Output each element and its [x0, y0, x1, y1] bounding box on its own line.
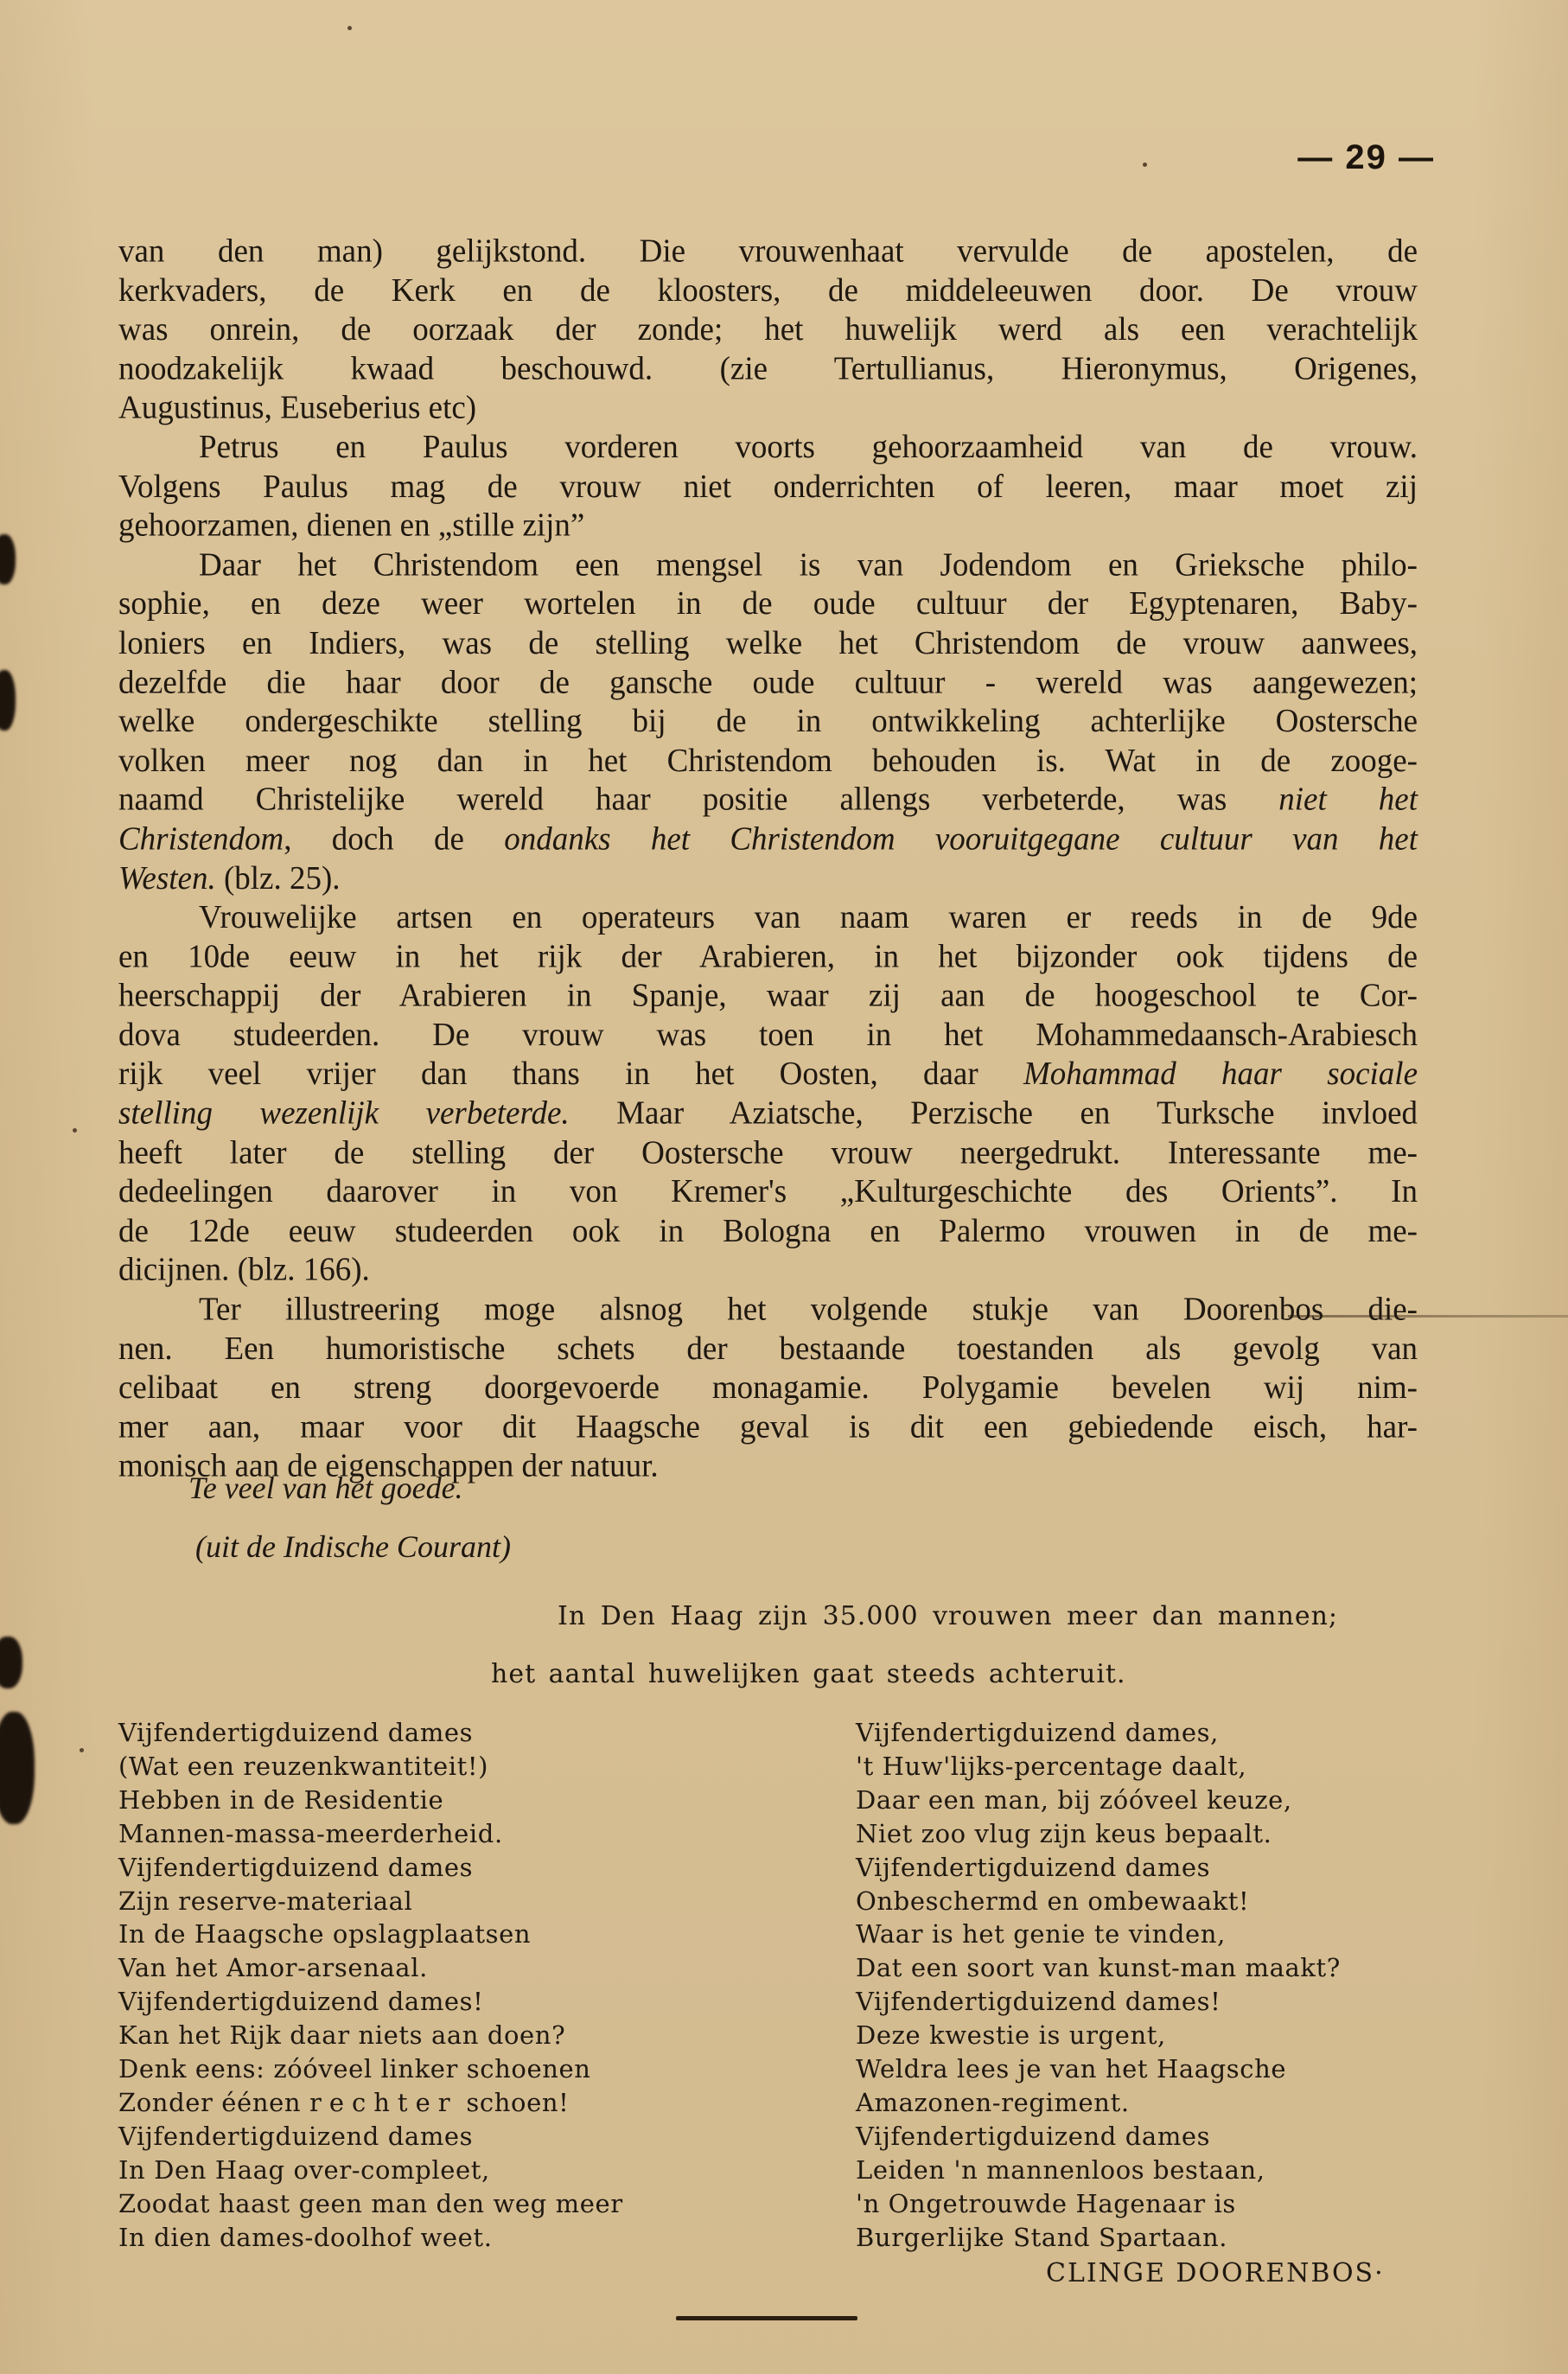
paragraph-2: Petrus en Paulus vorderen voorts gehoorz… — [118, 428, 1418, 546]
binding-hole-mark — [0, 1712, 35, 1824]
text-line: de 12de eeuw studeerden ook in Bologna e… — [118, 1211, 1418, 1250]
binding-hole-mark — [0, 534, 16, 584]
poem-epigraph-line: In Den Haag zijn 35.000 vrouwen meer dan… — [558, 1601, 1338, 1631]
text-run: rijk veel vrijer dan thans in het Oosten… — [118, 1056, 1023, 1093]
poem-verse: Vijfendertigduizend dames! — [856, 1985, 1461, 2019]
paragraph-3: Daar het Christendom een mengsel is van … — [118, 546, 1418, 898]
poem-verse: Vijfendertigduizend dames — [856, 1851, 1461, 1885]
text-line: was onrein, de oorzaak der zonde; het hu… — [118, 310, 1418, 349]
paper-speck — [73, 1128, 77, 1133]
italic-emphasis: Mohammad haar sociale — [1023, 1056, 1418, 1093]
poem-verse: Zijn reserve-materiaal — [118, 1885, 723, 1918]
text-line: heerschappij der Arabieren in Spanje, wa… — [118, 976, 1418, 1015]
poem-right-column: Vijfendertigduizend dames, 't Huw'lijks-… — [856, 1716, 1461, 2255]
text-line: Petrus en Paulus vorderen voorts gehoorz… — [118, 428, 1418, 467]
text-line: heeft later de stelling der Oostersche v… — [118, 1133, 1418, 1172]
poem-author-signature: CLINGE DOORENBOS· — [1046, 2258, 1385, 2288]
paper-speck — [1143, 163, 1147, 167]
text-line: Vrouwelijke artsen en operateurs van naa… — [118, 898, 1418, 937]
text-run: , doch de — [284, 820, 504, 858]
text-line: en 10de eeuw in het rijk der Arabieren, … — [118, 937, 1418, 976]
text-line: Augustinus, Euseberius etc) — [118, 388, 1418, 427]
poem-verse: Vijfendertigduizend dames — [118, 1716, 723, 1750]
paper-speck — [80, 1748, 84, 1752]
poem-verse: Vijfendertigduizend dames — [118, 1851, 723, 1885]
text-line: naamd Christelijke wereld haar positie a… — [118, 781, 1418, 820]
text-line: nen. Een humoristische schets der bestaa… — [118, 1329, 1418, 1368]
text-line: Daar het Christendom een mengsel is van … — [118, 546, 1418, 584]
text-line: van den man) gelijkstond. Die vrouwenhaa… — [118, 232, 1418, 271]
poem-epigraph-line: het aantal huwelijken gaat steeds achter… — [491, 1659, 1126, 1689]
poem-verse: 'n Ongetrouwde Hagenaar is — [856, 2187, 1461, 2221]
text-line: dedeelingen daarover in von Kremer's „Ku… — [118, 1172, 1418, 1211]
poem-title: Te veel van het goede. — [188, 1470, 463, 1506]
poem-verse: (Wat een reuzenkwantiteit!) — [118, 1750, 723, 1784]
italic-emphasis: niet het — [1278, 782, 1418, 819]
text-run: Maar Aziatsche, Perzische en Turksche in… — [570, 1094, 1418, 1132]
poem-verse: Weldra lees je van het Haagsche — [856, 2052, 1461, 2086]
text-line: dicijnen. (blz. 166). — [118, 1251, 1418, 1290]
text-line: dova studeerden. De vrouw was toen in he… — [118, 1016, 1418, 1055]
text-line: Ter illustreering moge alsnog het volgen… — [118, 1290, 1418, 1329]
paragraph-1: van den man) gelijkstond. Die vrouwenhaa… — [118, 232, 1418, 428]
poem-verse: Kan het Rijk daar niets aan doen? — [118, 2019, 723, 2052]
text-line: Christendom, doch de ondanks het Christe… — [118, 820, 1418, 858]
poem-verse: Vijfendertigduizend dames — [118, 2120, 723, 2154]
scanned-book-page: — 29 — van den man) gelijkstond. Die vro… — [0, 0, 1568, 2374]
poem-verse: Hebben in de Residentie — [118, 1784, 723, 1817]
paper-speck — [347, 26, 352, 30]
text-run: schoen! — [466, 2088, 569, 2117]
binding-hole-mark — [0, 1637, 22, 1688]
poem-left-column: Vijfendertigduizend dames (Wat een reuze… — [118, 1716, 723, 2255]
italic-emphasis: ondanks het Christendom vooruitgegane cu… — [504, 820, 1418, 858]
text-line: noodzakelijk kwaad beschouwd. (zie Tertu… — [118, 349, 1418, 388]
text-line: sophie, en deze weer wortelen in de oude… — [118, 584, 1418, 623]
poem-verse: In Den Haag over-compleet, — [118, 2154, 723, 2187]
text-line: volken meer nog dan in het Christendom b… — [118, 741, 1418, 780]
text-line: celibaat en streng doorgevoerde monagami… — [118, 1369, 1418, 1407]
text-line: Volgens Paulus mag de vrouw niet onderri… — [118, 467, 1418, 506]
text-line: gehoorzamen, dienen en „stille zijn” — [118, 506, 1418, 545]
poem-verse: Vijfendertigduizend dames — [856, 2120, 1461, 2154]
italic-emphasis: Westen. — [118, 859, 216, 897]
poem-verse: Dat een soort van kunst-man maakt? — [856, 1951, 1461, 1985]
body-text: van den man) gelijkstond. Die vrouwenhaa… — [118, 232, 1418, 1486]
poem-verse: Niet zoo vlug zijn keus bepaalt. — [856, 1817, 1461, 1851]
text-line: welke ondergeschikte stelling bij de in … — [118, 702, 1418, 741]
text-line: mer aan, maar voor dit Haagsche geval is… — [118, 1407, 1418, 1446]
poem-verse: Mannen-massa-meerderheid. — [118, 1817, 723, 1851]
poem-verse: Leiden 'n mannenloos bestaan, — [856, 2154, 1461, 2187]
poem-verse: Onbeschermd en ombewaakt! — [856, 1885, 1461, 1918]
italic-emphasis: Christendom — [118, 820, 284, 858]
text-line: Westen. (blz. 25). — [118, 858, 1418, 897]
poem-verse: Vijfendertigduizend dames, — [856, 1716, 1461, 1750]
poem-verse: In de Haagsche opslagplaatsen — [118, 1918, 723, 1951]
poem-verse: Waar is het genie te vinden, — [856, 1918, 1461, 1951]
text-run: Zonder éénen — [118, 2088, 301, 2117]
poem-verse: In dien dames-doolhof weet. — [118, 2221, 723, 2255]
poem-verse: Zonder éénen rechter schoen! — [118, 2086, 723, 2120]
text-line: dezelfde die haar door de gansche oude c… — [118, 663, 1418, 702]
poem-verse: Deze kwestie is urgent, — [856, 2019, 1461, 2052]
text-run: naamd Christelijke wereld haar positie a… — [118, 782, 1278, 819]
end-rule-divider — [676, 2316, 857, 2320]
poem-verse: Daar een man, bij zóóveel keuze, — [856, 1784, 1461, 1817]
poem-source: (uit de Indische Courant) — [195, 1528, 511, 1565]
poem-verse: Burgerlijke Stand Spartaan. — [856, 2221, 1461, 2255]
paragraph-4: Vrouwelijke artsen en operateurs van naa… — [118, 898, 1418, 1290]
letterspaced-emphasis: rechter — [309, 2088, 458, 2117]
text-line: rijk veel vrijer dan thans in het Oosten… — [118, 1055, 1418, 1094]
text-line: loniers en Indiers, was de stelling welk… — [118, 623, 1418, 662]
poem-verse: Vijfendertigduizend dames! — [118, 1985, 723, 2019]
page-reference: (blz. 25). — [216, 859, 341, 897]
italic-emphasis: stelling wezenlijk verbeterde. — [118, 1094, 570, 1132]
page-number: — 29 — — [1262, 138, 1435, 177]
binding-hole-mark — [0, 670, 16, 731]
paragraph-5: Ter illustreering moge alsnog het volgen… — [118, 1290, 1418, 1486]
text-line: stelling wezenlijk verbeterde. Maar Azia… — [118, 1094, 1418, 1133]
poem-verse: 't Huw'lijks-percentage daalt, — [856, 1750, 1461, 1784]
poem-verse: Denk eens: zóóveel linker schoenen — [118, 2052, 723, 2086]
poem-verse: Zoodat haast geen man den weg meer — [118, 2187, 723, 2221]
poem-verse: Amazonen-regiment. — [856, 2086, 1461, 2120]
text-line: kerkvaders, de Kerk en de kloosters, de … — [118, 271, 1418, 310]
poem-verse: Van het Amor-arsenaal. — [118, 1951, 723, 1985]
